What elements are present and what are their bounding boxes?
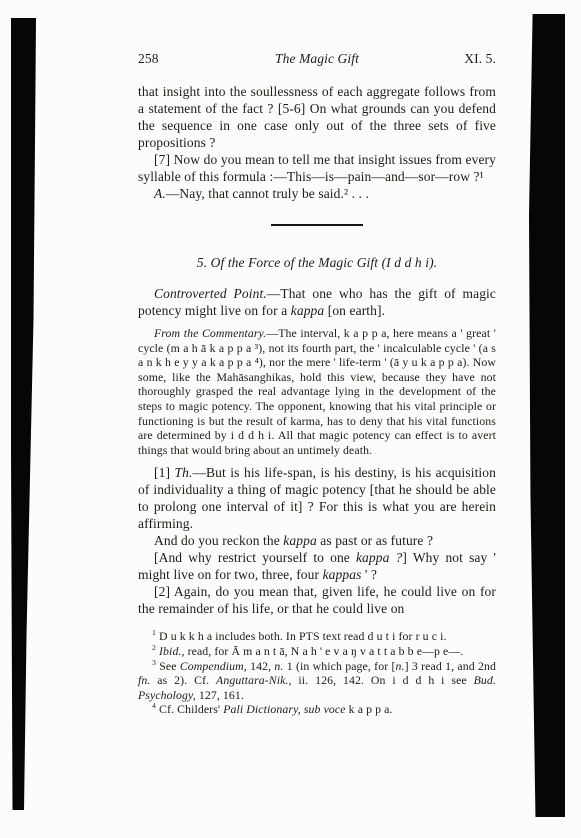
footnote-work-title: Pali Dictionary, sub voce [223,702,345,716]
debate-text-end: ' ? [361,567,377,582]
italic-term-kappa: kappa [291,303,325,318]
debate-text: —But is his life-span, is his destiny, i… [138,465,496,531]
italic-term-kappa: kappa [283,533,317,548]
chapter-section-ref: XI. 5. [464,50,496,67]
footnote-n-abbrev: n. [396,659,405,673]
footnote-text: ii. 126, 142. On i d d h i see [292,673,474,687]
footnote-text: as 2). Cf. [150,673,216,687]
page-content: 258 The Magic Gift XI. 5. that insight i… [138,50,496,717]
debate-text: [And why restrict yourself to one [154,550,356,565]
paragraph-number: [1] [154,465,175,480]
controverted-point-paragraph: Controverted Point.—That one who has the… [138,285,496,319]
footnote-text: Cf. Childers' [156,702,223,716]
controverted-point-label: Controverted Point. [154,286,267,301]
footnote-3: 3 See Compendium, 142, n. 1 (in which pa… [138,659,496,703]
footnote-work-title: Compendium, [180,659,247,673]
section-heading: 5. Of the Force of the Magic Gift (I d d… [138,254,496,271]
footnotes-block: 1 D u k k h a includes both. In PTS text… [138,629,496,717]
footnote-2: 2 Ibid., read, for Ā m a n t ā, N a h ' … [138,644,496,659]
footnote-text: 142, [247,659,275,673]
section-divider-rule [271,224,363,226]
footnote-text: See [156,659,180,673]
debate-paragraph-4: [2] Again, do you mean that, given life,… [138,583,496,617]
controverted-point-text-end: [on earth]. [324,303,385,318]
debate-text-end: as past or as future ? [317,533,433,548]
answer-paragraph: A.—Nay, that cannot truly be said.² . . … [138,185,496,202]
footnote-text: 127, 161. [196,688,244,702]
binding-shadow-right [529,14,565,817]
footnote-text: read, for Ā m a n t ā, N a h ' e v a ŋ v… [185,644,464,658]
footnote-1: 1 D u k k h a includes both. In PTS text… [138,629,496,644]
answer-text: —Nay, that cannot truly be said.² . . . [166,186,369,201]
footnote-work-title: Anguttara-Nik., [216,673,292,687]
debate-text: And do you reckon the [154,533,283,548]
commentary-label: From the Commentary. [154,326,266,340]
continuation-paragraph: that insight into the soullessness of ea… [138,83,496,151]
italic-term-kappa: kappa ? [356,550,402,565]
footnote-text: 1 (in which page, for [ [283,659,395,673]
footnote-text: k a p p a. [346,702,393,716]
book-page-scan: 258 The Magic Gift XI. 5. that insight i… [0,0,581,838]
footnote-text: ] 3 read 1, and 2nd [405,659,496,673]
footnote-ibid: Ibid., [156,644,185,658]
binding-shadow-left [11,18,36,810]
commentary-paragraph: From the Commentary.—The interval, k a p… [138,326,496,457]
debate-paragraph-1: [1] Th.—But is his life-span, is his des… [138,464,496,532]
debate-paragraph-3: [And why restrict yourself to one kappa … [138,549,496,583]
running-header: 258 The Magic Gift XI. 5. [138,50,496,67]
footnote-4: 4 Cf. Childers' Pali Dictionary, sub voc… [138,702,496,717]
dialogue-paragraph-7: [7] Now do you mean to tell me that insi… [138,151,496,185]
running-title: The Magic Gift [138,50,496,67]
footnote-text: D u k k h a includes both. In PTS text r… [156,629,447,643]
debate-paragraph-2: And do you reckon the kappa as past or a… [138,532,496,549]
commentary-text: —The interval, k a p p a, here means a '… [138,326,496,457]
speaker-label-th: Th. [175,465,193,480]
speaker-label: A. [154,186,166,201]
italic-term-kappas: kappas [323,567,362,582]
footnote-fn-abbrev: fn. [138,673,150,687]
